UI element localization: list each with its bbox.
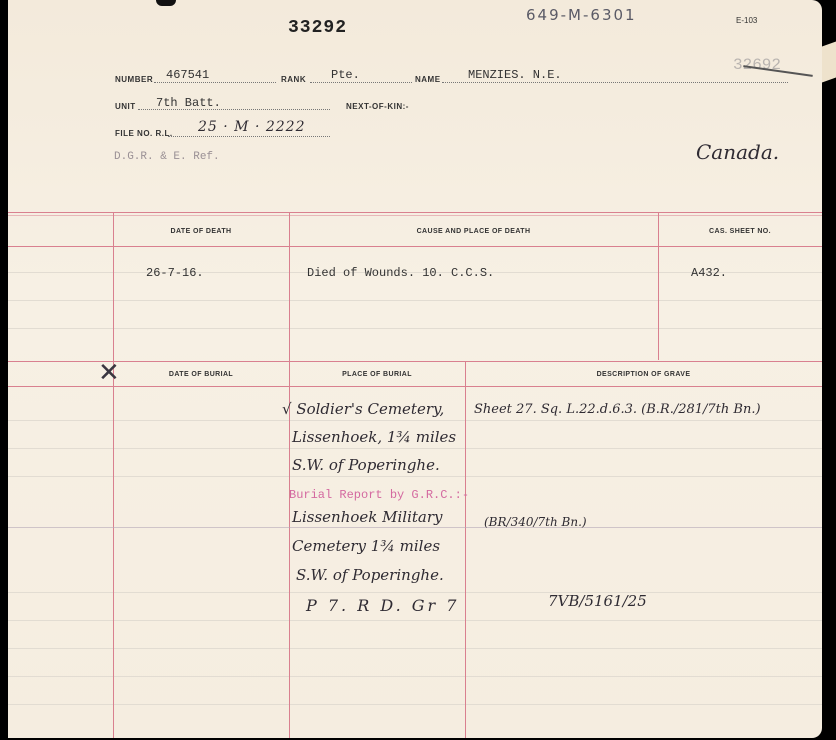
grc-burial-report-label: Burial Report by G.R.C.:- [289,488,469,502]
column-divider-1 [113,212,114,738]
col-description-of-grave: Description of Grave [465,371,822,378]
name-value: MENZIES. N.E. [468,68,562,82]
rank-value: Pte. [331,68,360,82]
grc-place-line-2: Cemetery 1¾ miles [292,537,440,555]
pencil-file-reference: 649-M-6301 [526,6,637,24]
place-of-burial-line-1: √ Soldier's Cemetery, [282,400,444,418]
burial-header-border [8,386,822,387]
unit-dotted-line [138,109,330,110]
rank-dotted-line [310,82,412,83]
col-cause-and-place: Cause and Place of Death [289,228,658,235]
column-divider-2 [289,212,290,738]
column-divider-4 [465,361,466,738]
date-of-death-value: 26-7-16. [146,266,204,280]
death-header-border [8,246,822,247]
cause-and-place-value: Died of Wounds. 10. C.C.S. [307,266,494,280]
file-no-label: File No. R.L. [115,129,173,138]
number-value: 467541 [166,68,209,82]
burial-top-border [8,361,822,362]
grave-reference-note: 7VB/5161/25 [548,592,647,610]
rank-label: Rank [281,75,306,84]
grc-plot-row-grave: P 7. R D. Gr 7 [306,596,459,615]
unit-label: Unit [115,102,136,111]
place-of-burial-line-2: Lissenhoek, 1¾ miles [292,428,456,446]
cas-sheet-value: A432. [691,266,727,280]
grc-place-line-1: Lissenhoek Military [292,508,442,526]
number-dotted-line [154,82,276,83]
next-of-kin-label: Next-of-Kin:- [346,102,409,111]
file-no-dotted-line [168,136,330,137]
grave-description-original: Sheet 27. Sq. L.22.d.6.3. (B.R./281/7th … [474,402,761,417]
grc-place-line-3: S.W. of Poperinghe. [296,566,444,584]
place-of-burial-line-3: S.W. of Poperinghe. [292,456,440,474]
ink-blot [156,0,176,6]
grave-description-grc: (BR/340/7th Bn.) [484,515,587,529]
col-date-of-burial: Date of Burial [113,371,289,378]
country-annotation: Canada. [696,140,779,164]
number-label: Number [115,75,153,84]
name-dotted-line [442,82,788,83]
name-label: Name [415,75,441,84]
col-place-of-burial: Place of Burial [289,371,465,378]
casualty-record-card: 33292 649-M-6301 E-103 32692 Number 4675… [8,0,822,738]
dgre-ref-label: D.G.R. & E. Ref. [114,151,220,163]
serial-number: 33292 [288,18,347,38]
unit-value: 7th Batt. [156,96,221,110]
col-date-of-death: Date of Death [113,228,289,235]
form-code: E-103 [736,16,757,25]
grc-divider [8,527,822,528]
file-no-value: 25 · M · 2222 [198,119,305,135]
card-tab [822,41,836,82]
col-cas-sheet-no: Cas. Sheet No. [658,228,822,235]
table-top-border [8,212,822,213]
